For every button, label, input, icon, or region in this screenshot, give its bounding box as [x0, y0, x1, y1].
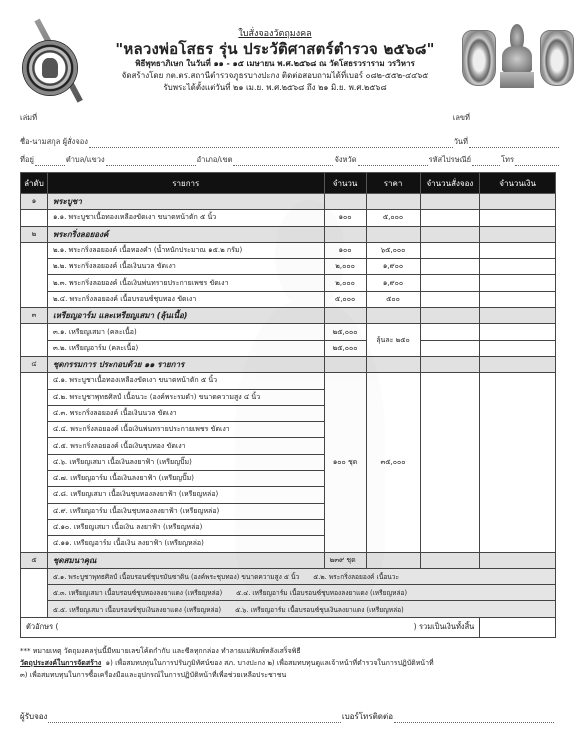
- section-qty: [324, 308, 366, 324]
- notes: *** หมายเหตุ วัตถุมงคลรุ่นนี้มีหมายเลขโค…: [20, 645, 560, 681]
- table-row: ๒.๔. พระกริ่งลอยองค์ เนื้อบรอนซ์ชุบทอง ข…: [21, 291, 556, 307]
- item-name: ๔.๓. พระกริ่งลอยองค์ เนื้อเงินนวล ขัดเงา: [47, 405, 324, 421]
- section-no: ๓: [21, 308, 48, 324]
- purpose-text-2: ๓) เพื่อสมทบทุนในการซื้อเครื่องมือและอุป…: [20, 669, 560, 681]
- row-no-empty: [21, 242, 48, 307]
- item-name: ๔.๒. พระบูชาพุทธศิลป์ เนื้อนวะ (องค์พระร…: [47, 389, 324, 405]
- item-qty: ๒๕,๐๐๐: [324, 340, 366, 356]
- section-row: ๕ชุดสมนาคุณ๒๓๙ ชุด: [21, 552, 556, 568]
- item-qty: ๒,๐๐๐: [324, 275, 366, 291]
- table-row: ๒.๓. พระกริ่งลอยองค์ เนื้อเงินพ่นทรายประ…: [21, 275, 556, 291]
- item-name-b: ๕.๖. เหรียญอาร์ม เนื้อบรอนซ์ชุบเงินลงยาแ…: [235, 606, 404, 614]
- pickup-info: รับพระได้ตั้งแต่วันที่ ๒๑ เม.ย. พ.ศ.๒๕๖๘…: [95, 82, 455, 94]
- item-name: ๒.๔. พระกริ่งลอยองค์ เนื้อบรอนซ์ชุบทอง ข…: [47, 291, 324, 307]
- table-row: ๕.๕. เหรียญเสมา เนื้อบรอนซ์ชุบเงินลงยาแด…: [21, 601, 556, 617]
- order-qty-cell[interactable]: [420, 552, 480, 568]
- col-order-qty: จำนวนสั่งจอง: [420, 173, 480, 194]
- row-no-empty: [21, 324, 48, 357]
- amount-cell[interactable]: [480, 308, 556, 324]
- item-qty: ๑๐๐: [324, 210, 366, 226]
- section-price: [366, 308, 420, 324]
- address-field[interactable]: [35, 157, 65, 166]
- table-row: ๒.๑. พระกริ่งลอยองค์ เนื้อทองคำ (น้ำหนัก…: [21, 242, 556, 258]
- name-label: ชื่อ-นามสกุล ผู้สั่งจอง: [20, 136, 88, 148]
- item-price: ๕๐๐: [366, 291, 420, 307]
- contact-phone-label: เบอร์โทรติดต่อ: [342, 710, 393, 723]
- ceremony-info: พิธีพุทธาภิเษก ในวันที่ ๑๑ - ๑๕ เมษายน พ…: [95, 58, 455, 70]
- item-name: ๔.๘. เหรียญเสมา เนื้อเงินชุบทองลงยาฟ้า (…: [47, 487, 324, 503]
- section-price: [366, 356, 420, 372]
- section-row: ๓เหรียญอาร์ม และเหรียญเสมา (ลุ้นเนื้อ): [21, 308, 556, 324]
- item-name: ๔.๑๑. เหรียญอาร์ม เนื้อเงิน ลงยาฟ้า (เหร…: [47, 536, 324, 552]
- order-qty-cell[interactable]: [420, 340, 480, 356]
- form-header: ใบสั่งจองวัตถุมงคล "หลวงพ่อโสธร รุ่น ประ…: [0, 0, 578, 108]
- province-label: จังหวัด: [334, 154, 356, 166]
- order-qty-cell[interactable]: [420, 259, 480, 275]
- section-no: ๕: [21, 552, 48, 568]
- section-price: [366, 194, 420, 210]
- postcode-label: รหัสไปรษณีย์: [429, 154, 471, 166]
- item-name: ๔.๔. พระกริ่งลอยองค์ เนื้อเงินพ่นทรายประ…: [47, 422, 324, 438]
- amount-cell[interactable]: [480, 226, 556, 242]
- item-name: ๔.๗. เหรียญอาร์ม เนื้อเงินลงยาฟ้า (เหรีย…: [47, 471, 324, 487]
- section-no: ๒: [21, 226, 48, 242]
- table-header-row: ลำดับ รายการ จำนวน ราคา จำนวนสั่งจอง จำน…: [21, 173, 556, 194]
- section-no: ๔: [21, 356, 48, 372]
- col-no: ลำดับ: [21, 173, 48, 194]
- name-field[interactable]: [89, 139, 453, 148]
- subdistrict-label: ตำบล/แขวง: [66, 154, 105, 166]
- item-name-a: ๕.๓. เหรียญเสมา เนื้อบรอนซ์ชุบทองลงยาแดง…: [53, 589, 222, 597]
- date-label: วันที่: [454, 136, 468, 148]
- item-name: ๓.๑. เหรียญเสมา (คละเนื้อ): [47, 324, 324, 340]
- section-title: เหรียญอาร์ม และเหรียญเสมา (ลุ้นเนื้อ): [47, 308, 324, 324]
- table-row: ๕.๓. เหรียญเสมา เนื้อบรอนซ์ชุบทองลงยาแดง…: [21, 585, 556, 601]
- item-price: ลุ้นละ ๒๕๐: [366, 324, 420, 357]
- order-qty-cell[interactable]: [420, 210, 480, 226]
- address-label: ที่อยู่: [20, 154, 34, 166]
- section-title: ชุดสมนาคุณ: [47, 552, 324, 568]
- phone-field[interactable]: [515, 157, 559, 166]
- row-no-empty: [21, 373, 48, 552]
- amount-cell[interactable]: [480, 259, 556, 275]
- district-label: อำเภอ/เขต: [197, 154, 233, 166]
- item-name-b: ๕.๔. เหรียญอาร์ม เนื้อบรอนซ์ชุบทองลงยาแด…: [236, 589, 407, 597]
- order-qty-cell[interactable]: [420, 308, 480, 324]
- col-qty: จำนวน: [324, 173, 366, 194]
- book-no-label: เล่มที่: [20, 112, 37, 124]
- amount-cell[interactable]: [480, 194, 556, 210]
- row-no-empty: [21, 210, 48, 226]
- section-price: [366, 552, 420, 568]
- remark-text: *** หมายเหตุ วัตถุมงคลรุ่นนี้มีหมายเลขโค…: [20, 645, 560, 657]
- total-words-label: ตัวอักษร (: [26, 622, 58, 631]
- item-qty: ๒๕,๐๐๐: [324, 324, 366, 340]
- section-qty: [324, 356, 366, 372]
- amount-cell[interactable]: [480, 242, 556, 258]
- order-qty-cell[interactable]: [420, 242, 480, 258]
- signature-row: ผู้รับจอง เบอร์โทรติดต่อ: [20, 710, 555, 723]
- purpose-text-1: ๑) เพื่อสมทบทุนในการปรับภูมิทัศน์ของ สภ.…: [106, 659, 434, 667]
- table-row: ๑.๑. พระบูชาเนื้อทองเหลืองขัดเงา ขนาดหน้…: [21, 210, 556, 226]
- section-price: [366, 226, 420, 242]
- form-title: ใบสั่งจองวัตถุมงคล: [95, 28, 455, 40]
- col-item: รายการ: [47, 173, 324, 194]
- order-qty-cell[interactable]: [420, 226, 480, 242]
- subdistrict-field[interactable]: [106, 157, 196, 166]
- item-name-a: ๕.๕. เหรียญเสมา เนื้อบรอนซ์ชุบเงินลงยาแด…: [53, 606, 221, 614]
- receiver-label: ผู้รับจอง: [20, 710, 47, 723]
- amount-cell[interactable]: [480, 340, 556, 356]
- item-name-a: ๕.๑. พระบูชาพุทธศิลป์ เนื้อบรอนซ์ชุบรมัน…: [53, 573, 299, 581]
- table-row: ๒.๒. พระกริ่งลอยองค์ เนื้อเงินนวล ขัดเงา…: [21, 259, 556, 275]
- title-block: ใบสั่งจองวัตถุมงคล "หลวงพ่อโสธร รุ่น ประ…: [95, 28, 455, 94]
- section-no: ๑: [21, 194, 48, 210]
- date-field[interactable]: [469, 139, 559, 148]
- order-qty-cell[interactable]: [420, 194, 480, 210]
- item-price: ๖๕,๐๐๐: [366, 242, 420, 258]
- order-qty-cell[interactable]: [420, 356, 480, 372]
- item-name: ๔.๑๐. เหรียญเสมา เนื้อเงิน ลงยาฟ้า (เหรี…: [47, 519, 324, 535]
- item-qty: ๑๐๐: [324, 242, 366, 258]
- section-row: ๑พระบูชา: [21, 194, 556, 210]
- section-qty: [324, 194, 366, 210]
- receiver-field[interactable]: [48, 714, 340, 723]
- table-row: ๔.๑. พระบูชาเนื้อทองเหลืองขัดเงา ขนาดหน้…: [21, 373, 556, 389]
- buddha-statue-image: [500, 24, 534, 88]
- item-name-b: ๕.๒. พระกริ่งลอยองค์ เนื้อนวะ: [313, 573, 399, 581]
- item-qty: ๑๐๐ ชุด: [324, 373, 366, 552]
- item-name: ๕.๕. เหรียญเสมา เนื้อบรอนซ์ชุบเงินลงยาแด…: [47, 601, 555, 617]
- item-name: ๓.๒. เหรียญอาร์ม (คละเนื้อ): [47, 340, 324, 356]
- item-name: ๑.๑. พระบูชาเนื้อทองเหลืองขัดเงา ขนาดหน้…: [47, 210, 324, 226]
- amount-cell[interactable]: [480, 291, 556, 307]
- item-name: ๕.๓. เหรียญเสมา เนื้อบรอนซ์ชุบทองลงยาแดง…: [47, 585, 555, 601]
- table-row: ๓.๑. เหรียญเสมา (คละเนื้อ)๒๕,๐๐๐ลุ้นละ ๒…: [21, 324, 556, 340]
- amulet-image-right: [540, 30, 574, 86]
- item-price: ๕,๐๐๐: [366, 210, 420, 226]
- order-qty-cell[interactable]: [420, 324, 480, 340]
- item-name: ๔.๙. เหรียญอาร์ม เนื้อเงินชุบทองลงยาฟ้า …: [47, 503, 324, 519]
- item-qty: ๒,๐๐๐: [324, 259, 366, 275]
- item-price: ๓๕,๐๐๐: [366, 373, 420, 552]
- order-qty-cell[interactable]: [420, 291, 480, 307]
- section-row: ๒พระกริ่งลอยองค์: [21, 226, 556, 242]
- amount-cell[interactable]: [480, 356, 556, 372]
- item-name: ๕.๑. พระบูชาพุทธศิลป์ เนื้อบรอนซ์ชุบรมัน…: [47, 568, 555, 584]
- item-name: ๒.๒. พระกริ่งลอยองค์ เนื้อเงินนวล ขัดเงา: [47, 259, 324, 275]
- table-row: ๕.๑. พระบูชาพุทธศิลป์ เนื้อบรอนซ์ชุบรมัน…: [21, 568, 556, 584]
- item-price: ๑,๙๐๐: [366, 275, 420, 291]
- phone-label: โทร: [501, 154, 514, 166]
- total-amount-cell[interactable]: [480, 617, 556, 637]
- organizer-info: จัดสร้างโดย กต.ตร.สถานีตำรวจภูธรบางปะกง …: [95, 70, 455, 82]
- col-price: ราคา: [366, 173, 420, 194]
- item-qty: ๕,๐๐๐: [324, 291, 366, 307]
- total-words[interactable]: ตัวอักษร () รวมเป็นเงินทั้งสิ้น: [21, 617, 480, 637]
- row-no-empty: [21, 568, 48, 617]
- item-price: ๑,๙๐๐: [366, 259, 420, 275]
- order-qty-cell[interactable]: [420, 275, 480, 291]
- district-field[interactable]: [233, 157, 333, 166]
- number-label: เลขที่: [453, 112, 470, 124]
- total-label: ) รวมเป็นเงินทั้งสิ้น: [414, 621, 475, 633]
- amulet-image-left: [462, 30, 496, 86]
- order-qty-cell[interactable]: [420, 373, 480, 552]
- purpose-label: วัตถุประสงค์ในการจัดสร้าง: [20, 659, 101, 667]
- section-title: พระกริ่งลอยองค์: [47, 226, 324, 242]
- section-qty: ๒๓๙ ชุด: [324, 552, 366, 568]
- item-name: ๒.๑. พระกริ่งลอยองค์ เนื้อทองคำ (น้ำหนัก…: [47, 242, 324, 258]
- table-row: ๓.๒. เหรียญอาร์ม (คละเนื้อ)๒๕,๐๐๐: [21, 340, 556, 356]
- section-row: ๔ชุดกรรมการ ประกอบด้วย ๑๑ รายการ: [21, 356, 556, 372]
- amount-cell[interactable]: [480, 275, 556, 291]
- item-name: ๔.๕. พระกริ่งลอยองค์ เนื้อเงินชุบทอง ขัด…: [47, 438, 324, 454]
- section-title: ชุดกรรมการ ประกอบด้วย ๑๑ รายการ: [47, 356, 324, 372]
- item-name: ๔.๖. เหรียญเสมา เนื้อเงินลงยาฟ้า (เหรียญ…: [47, 454, 324, 470]
- section-qty: [324, 226, 366, 242]
- postcode-field[interactable]: [472, 157, 500, 166]
- section-title: พระบูชา: [47, 194, 324, 210]
- police-seal-logo: [22, 40, 78, 96]
- col-amount: จำนวนเงิน: [480, 173, 556, 194]
- order-table: ลำดับ รายการ จำนวน ราคา จำนวนสั่งจอง จำน…: [20, 172, 556, 638]
- item-name: ๔.๑. พระบูชาเนื้อทองเหลืองขัดเงา ขนาดหน้…: [47, 373, 324, 389]
- amount-cell[interactable]: [480, 373, 556, 552]
- contact-phone-field[interactable]: [394, 714, 554, 723]
- amount-cell[interactable]: [480, 552, 556, 568]
- amount-cell[interactable]: [480, 324, 556, 340]
- item-name: ๒.๓. พระกริ่งลอยองค์ เนื้อเงินพ่นทรายประ…: [47, 275, 324, 291]
- total-row: ตัวอักษร () รวมเป็นเงินทั้งสิ้น: [21, 617, 556, 637]
- province-field[interactable]: [358, 157, 428, 166]
- main-title: "หลวงพ่อโสธร รุ่น ประวัติศาสตร์ตำรวจ ๒๕๖…: [95, 40, 455, 58]
- amount-cell[interactable]: [480, 210, 556, 226]
